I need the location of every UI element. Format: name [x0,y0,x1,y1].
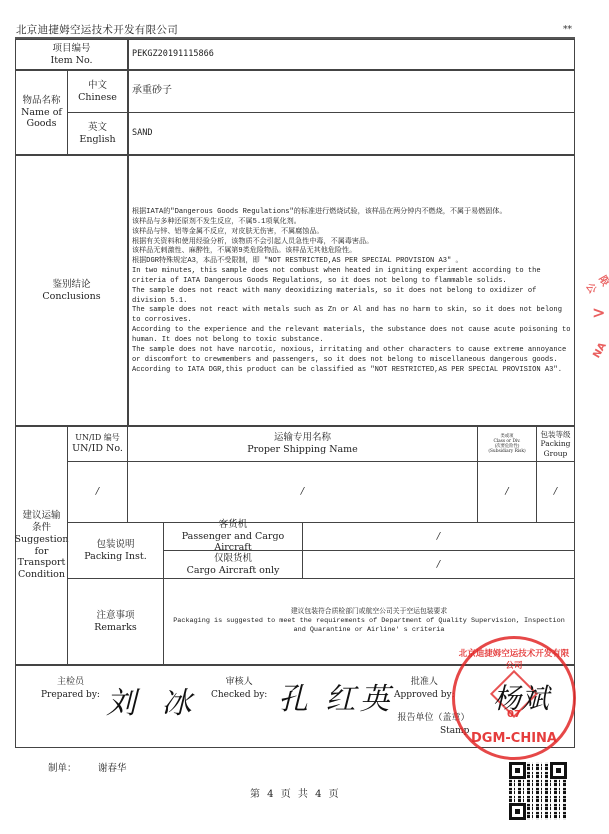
packing-group-header-zh: 包装等级 [541,430,571,440]
conclusion-line: According to IATA DGR,this product can b… [132,366,572,376]
prepared-by-label: 主检员 Prepared by: [41,676,100,702]
item-no-value: PEKGZ20191115866 [128,39,575,70]
transport-label: 建议运输 条件 Suggestion for Transport Conditi… [15,426,68,665]
checked-by-signature: 孔 红英 [278,674,394,718]
english-label-zh: 英文 [88,122,107,134]
packing-inst-label-en: Packing Inst. [84,551,147,563]
un-id-header-en: UN/ID No. [72,443,123,455]
cargo-aircraft-label: 仅限货机 Cargo Aircraft only [163,550,303,579]
seal-text-top: 北京迪捷姆空运技术开发有限公司 [455,647,573,671]
conclusion-line: 根据IATA的"Dangerous Goods Regulations"的标准进… [132,208,572,218]
approved-by-label: 批准人 Approved by: [394,676,455,702]
conclusion-line: 根据有关资料和使用经验分析，该物质不会引起人员急性中毒，不属毒害品。 [132,238,572,248]
conclusion-line: In two minutes, this sample does not com… [132,267,572,287]
shipping-name-value: / [127,461,478,523]
conclusions-text: 根据IATA的"Dangerous Goods Regulations"的标准进… [128,155,575,426]
passenger-aircraft-label: 客货机 Passenger and Cargo Aircraft [163,522,303,551]
conclusion-line: 根据DGR特殊规定A3，本品不受限制，即 "NOT RESTRICTED,AS … [132,257,572,267]
english-label: 英文 English [67,112,128,155]
shipping-name-header-zh: 运输专用名称 [274,432,331,444]
conclusion-line: 该样品无刺激性、麻醉性，不属第9类危险物品。该样品无其他危险性。 [132,247,572,257]
maker-name: 谢春华 [98,760,127,774]
un-id-header-zh: UN/ID 编号 [75,433,120,443]
packing-inst-label: 包装说明 Packing Inst. [67,522,164,579]
english-label-en: English [79,134,115,146]
packing-group-header: 包装等级 Packing Group [536,426,575,462]
seal-text-bottom: DGM-CHINA [455,731,573,746]
conclusions-label: 鉴别结论 Conclusions [15,155,128,426]
header-marker: ** [563,25,572,35]
un-id-value: / [67,461,128,523]
cargo-aircraft-label-zh: 仅限货机 [214,553,252,565]
remarks-label: 注意事项 Remarks [67,578,164,665]
goods-name-label-en-2: Goods [27,118,57,130]
conclusion-line: 该样品与多种还原剂不发生反应，不属5.1项氧化剂。 [132,218,572,228]
checked-by-label: 审核人 Checked by: [211,676,267,702]
chinese-name-value: 承重砂子 [128,70,575,113]
item-no-label: 项目编号 Item No. [15,39,128,70]
chinese-label-en: Chinese [78,92,117,104]
item-no-label-zh: 项目编号 [52,43,90,55]
page-number: 第 4 页 共 4 页 [250,785,341,800]
qr-code-icon [509,762,567,820]
conclusion-line: The sample does not have narcotic, noxio… [132,346,572,366]
transport-label-en-4: Condition [18,569,65,581]
item-no-label-en: Item No. [50,55,92,67]
transport-label-zh-2: 条件 [32,522,51,534]
english-name-value: SAND [128,112,575,155]
shipping-name-header: 运输专用名称 Proper Shipping Name [127,426,478,462]
remarks-label-zh: 注意事项 [96,610,134,622]
company-name: 北京迪捷姆空运技术开发有限公司 [16,22,178,37]
prepared-by-label-en: Prepared by: [41,689,100,702]
conclusion-line: According to the experience and the rele… [132,326,572,346]
conclusion-line: 该样品与锌、铝等金属不反应，对皮肤无伤害，不属腐蚀品。 [132,228,572,238]
checked-by-label-zh: 审核人 [211,676,267,689]
packing-group-header-en-1: Packing [541,439,571,449]
remarks-label-en: Remarks [94,622,137,634]
goods-name-label-en-1: Name of [21,107,62,119]
class-header-sub-en: (Subsidiary Risk) [488,449,525,454]
chinese-label: 中文 Chinese [67,70,128,113]
passenger-aircraft-label-zh: 客货机 [219,519,248,531]
edge-seal-fragment-icon: > [592,303,605,322]
packing-inst-label-zh: 包装说明 [96,539,134,551]
approved-by-label-zh: 批准人 [394,676,455,689]
transport-label-en-3: Transport [18,557,66,569]
prepared-by-signature: 刘 冰 [106,678,200,722]
edge-seal-fragment-icon: NA [591,341,609,360]
goods-name-label: 物品名称 Name of Goods [15,70,68,155]
checked-by-label-en: Checked by: [211,689,267,702]
goods-name-label-zh: 物品名称 [22,95,60,107]
approved-by-label-en: Approved by: [394,689,455,702]
class-header: 类或项 Class or Div. (次要危险性) (Subsidiary Ri… [477,426,537,462]
packing-group-value: / [536,461,575,523]
conclusion-line: The sample does not react with metals su… [132,306,572,326]
transport-label-zh-1: 建议运输 [22,510,60,522]
conclusions-label-zh: 鉴别结论 [52,279,90,291]
edge-seal-fragment-icon: 限公 [583,272,609,302]
cargo-aircraft-label-en: Cargo Aircraft only [187,565,280,577]
packing-group-header-en-2: Group [544,449,568,459]
maker-label: 制单： [48,760,77,774]
chinese-label-zh: 中文 [88,80,107,92]
remarks-text-zh: 建议包装符合质检部门或航空公司关于空运包装要求 [291,608,447,617]
transport-label-en-1: Suggestion [15,534,69,546]
cargo-aircraft-value: / [302,550,575,579]
prepared-by-label-zh: 主检员 [41,676,100,689]
passenger-aircraft-value: / [302,522,575,551]
approved-by-signature: 杨斌 [493,677,549,717]
transport-label-en-2: for [35,546,49,558]
conclusion-line: The sample does not react with many deox… [132,287,572,307]
class-value: / [477,461,537,523]
un-id-header: UN/ID 编号 UN/ID No. [67,426,128,462]
conclusions-label-en: Conclusions [42,291,100,303]
shipping-name-header-en: Proper Shipping Name [247,444,358,456]
remarks-text-en: Packaging is suggested to meet the requi… [170,617,568,635]
